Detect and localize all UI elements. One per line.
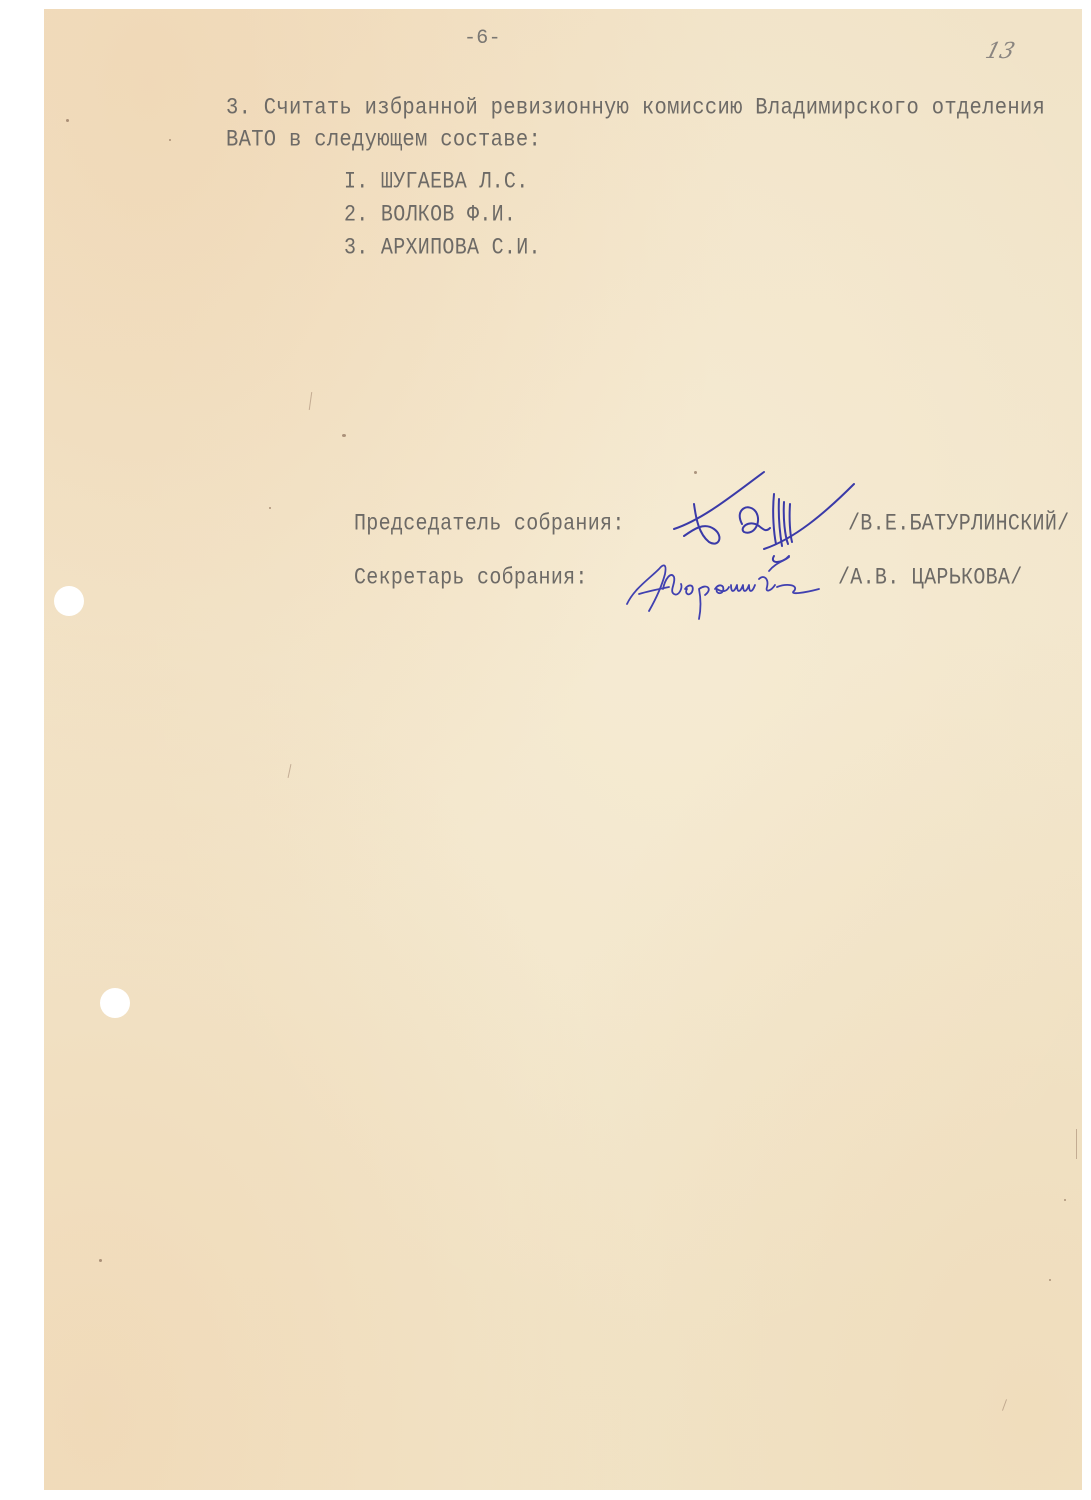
paper-scratch [1076, 1129, 1077, 1159]
secretary-signature-icon [619, 549, 839, 624]
punch-hole-top [54, 586, 84, 616]
paper-scratch [309, 392, 312, 410]
member-item: 3. АРХИПОВА С.И. [344, 235, 541, 261]
paper-speck [1049, 1279, 1051, 1281]
paper-speck [99, 1259, 102, 1262]
paper-speck [66, 119, 69, 122]
chair-role-label: Председатель собрания: [354, 511, 625, 537]
archive-sheet-number: 13 [983, 39, 1018, 64]
paper-speck [169, 139, 171, 141]
document-page: -6- 13 3. Считать избранной ревизионную … [44, 9, 1082, 1490]
paper-scratch [1002, 1399, 1007, 1411]
paper-speck [269, 507, 271, 509]
paper-speck [342, 434, 346, 437]
punch-hole-bottom [100, 988, 130, 1018]
paper-speck [1064, 1199, 1066, 1201]
paper-speck [694, 471, 697, 474]
page-number: -6- [464, 27, 501, 50]
paragraph-line-2: ВАТО в следующем составе: [226, 127, 541, 153]
paragraph-line-1: 3. Считать избранной ревизионную комисси… [226, 95, 1045, 121]
secretary-name: /А.В. ЦАРЬКОВА/ [838, 565, 1023, 591]
paper-scratch [288, 764, 292, 778]
member-item: 2. ВОЛКОВ Ф.И. [344, 202, 516, 228]
chair-name: /В.Е.БАТУРЛИНСКИЙ/ [848, 511, 1069, 537]
member-item: I. ШУГАЕВА Л.С. [344, 169, 529, 195]
secretary-role-label: Секретарь собрания: [354, 565, 588, 591]
